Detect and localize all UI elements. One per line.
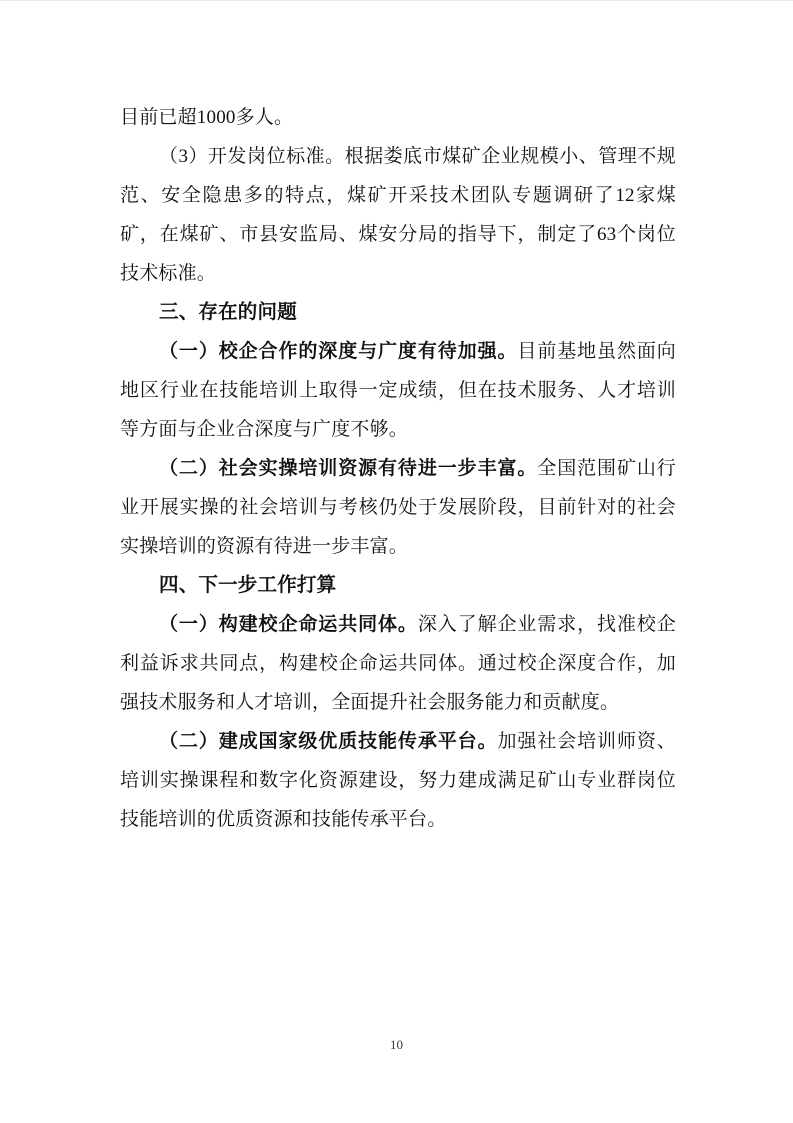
paragraph-plan-2: （二）建成国家级优质技能传承平台。加强社会培训师资、培训实操课程和数字化资源建设…	[120, 722, 676, 839]
paragraph-problem-2-lead: （二）社会实操培训资源有待进一步丰富。	[159, 458, 537, 479]
paragraph-problem-1: （一）校企合作的深度与广度有待加强。目前基地虽然面向地区行业在技能培训上取得一定…	[120, 332, 676, 449]
document-page: 目前已超1000多人。 （3）开发岗位标准。根据娄底市煤矿企业规模小、管理不规范…	[0, 0, 793, 1123]
paragraph-problem-1-lead: （一）校企合作的深度与广度有待加强。	[159, 341, 517, 362]
paragraph-plan-1: （一）构建校企命运共同体。深入了解企业需求，找准校企利益诉求共同点，构建校企命运…	[120, 605, 676, 722]
paragraph-problem-2: （二）社会实操培训资源有待进一步丰富。全国范围矿山行业开展实操的社会培训与考核仍…	[120, 449, 676, 566]
section-heading-next-steps: 四、下一步工作打算	[120, 566, 676, 605]
paragraph-plan-1-lead: （一）构建校企命运共同体。	[159, 614, 418, 635]
page-content: 目前已超1000多人。 （3）开发岗位标准。根据娄底市煤矿企业规模小、管理不规范…	[120, 98, 676, 839]
page-number: 10	[0, 1037, 793, 1053]
paragraph-plan-2-lead: （二）建成国家级优质技能传承平台。	[159, 731, 498, 752]
paragraph-develop-post-standards: （3）开发岗位标准。根据娄底市煤矿企业规模小、管理不规范、安全隐患多的特点，煤矿…	[120, 137, 676, 293]
section-heading-problems: 三、存在的问题	[120, 293, 676, 332]
paragraph-overflow: 目前已超1000多人。	[120, 98, 676, 137]
